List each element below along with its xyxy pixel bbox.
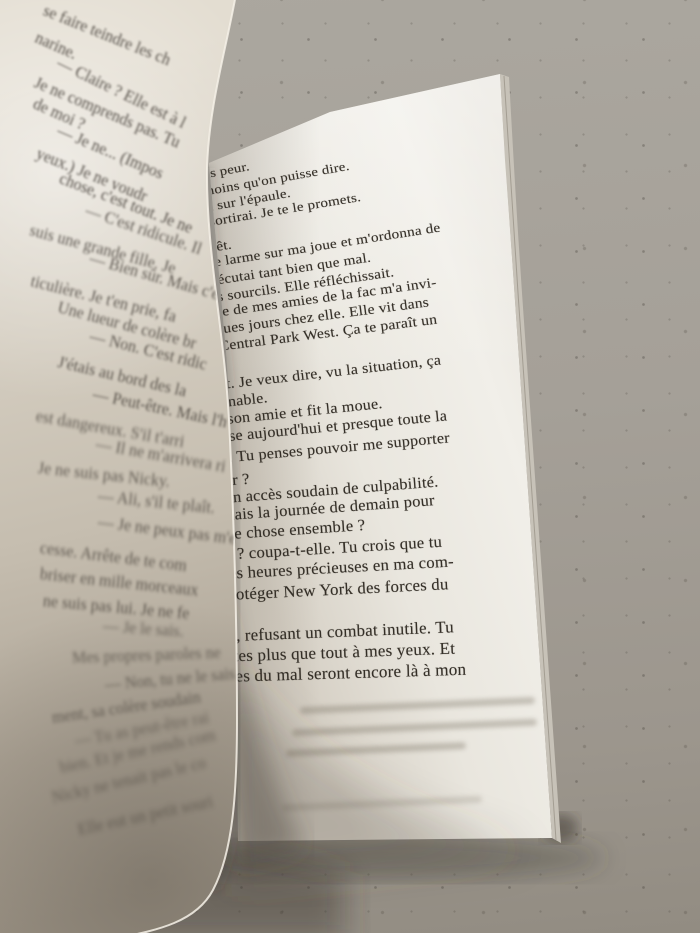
book-text-line: — Je ne peux pas m'e (97, 512, 238, 549)
show-through-text-ghost (300, 697, 535, 714)
show-through-text-ghost (286, 742, 466, 757)
show-through-text-ghost (282, 796, 482, 812)
book-text-line: Elle eut un petit souri (76, 792, 215, 840)
book-cast-shadow (185, 836, 605, 880)
show-through-text-ghost (292, 719, 537, 737)
book-photo: tu as peur. le moins qu'on puisse dire. … (0, 0, 700, 933)
book-text-line: — Je le sais. (102, 616, 184, 642)
book-text-line: Mes propres paroles ne (72, 643, 221, 668)
